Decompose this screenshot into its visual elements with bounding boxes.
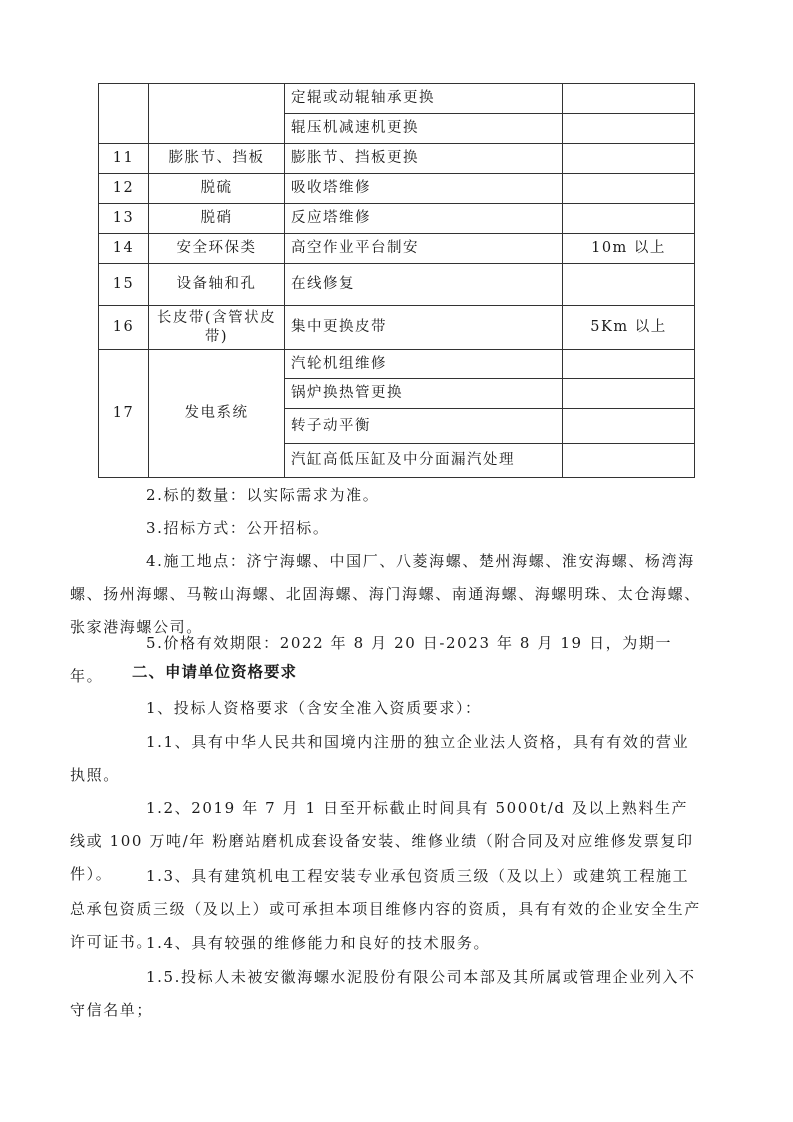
row-category: 脱硝 — [149, 204, 285, 234]
row-item: 锅炉换热管更换 — [285, 379, 563, 409]
paragraph-text: 1.4、具有较强的维修能力和良好的技术服务。 — [146, 934, 490, 952]
row-number — [99, 84, 149, 144]
row-note — [563, 84, 695, 114]
paragraph-text: 3.招标方式：公开招标。 — [146, 519, 330, 537]
row-note — [563, 444, 695, 478]
row-item: 定辊或动辊轴承更换 — [285, 84, 563, 114]
row-item: 汽缸高低压缸及中分面漏汽处理 — [285, 444, 563, 478]
table-row: 17 发电系统 汽轮机组维修 — [99, 350, 695, 379]
row-note — [563, 350, 695, 379]
row-note — [563, 174, 695, 204]
row-number: 13 — [99, 204, 149, 234]
paragraph-method: 3.招标方式：公开招标。 — [70, 512, 702, 545]
row-category: 设备轴和孔 — [149, 264, 285, 306]
table-row: 16 长皮带(含管状皮带) 集中更换皮带 5Km 以上 — [99, 306, 695, 350]
row-item: 膨胀节、挡板更换 — [285, 144, 563, 174]
row-category: 脱硫 — [149, 174, 285, 204]
row-item: 转子动平衡 — [285, 409, 563, 444]
row-number: 15 — [99, 264, 149, 306]
row-category — [149, 84, 285, 144]
row-item: 辊压机减速机更换 — [285, 114, 563, 144]
paragraph-quantity: 2.标的数量：以实际需求为准。 — [70, 479, 702, 512]
paragraph-qualification-1-1: 1.1、具有中华人民共和国境内注册的独立企业法人资格，具有有效的营业执照。 — [70, 726, 702, 792]
paragraph-text: 1.1、具有中华人民共和国境内注册的独立企业法人资格，具有有效的营业执照。 — [70, 733, 689, 784]
table-row: 15 设备轴和孔 在线修复 — [99, 264, 695, 306]
paragraph-qualification: 1、投标人资格要求（含安全准入资质要求）： — [70, 692, 702, 725]
table-row: 11 膨胀节、挡板 膨胀节、挡板更换 — [99, 144, 695, 174]
section-heading: 二、申请单位资格要求 — [132, 660, 297, 682]
row-item: 集中更换皮带 — [285, 306, 563, 350]
row-item: 反应塔维修 — [285, 204, 563, 234]
row-note — [563, 114, 695, 144]
row-item: 汽轮机组维修 — [285, 350, 563, 379]
row-note — [563, 204, 695, 234]
table-row: 13 脱硝 反应塔维修 — [99, 204, 695, 234]
row-number: 12 — [99, 174, 149, 204]
paragraph-qualification-1-5: 1.5.投标人未被安徽海螺水泥股份有限公司本部及其所属或管理企业列入不守信名单； — [70, 961, 702, 1027]
paragraph-text: 1、投标人资格要求（含安全准入资质要求）： — [146, 699, 482, 717]
row-category: 安全环保类 — [149, 234, 285, 264]
row-note — [563, 409, 695, 444]
table-row: 12 脱硫 吸收塔维修 — [99, 174, 695, 204]
row-number: 17 — [99, 350, 149, 478]
row-item: 在线修复 — [285, 264, 563, 306]
table-row: 14 安全环保类 高空作业平台制安 10m 以上 — [99, 234, 695, 264]
row-number: 16 — [99, 306, 149, 350]
row-note: 5Km 以上 — [563, 306, 695, 350]
row-number: 14 — [99, 234, 149, 264]
row-note: 10m 以上 — [563, 234, 695, 264]
table-row: 定辊或动辊轴承更换 — [99, 84, 695, 114]
paragraph-text: 2.标的数量：以实际需求为准。 — [146, 486, 379, 504]
row-item: 吸收塔维修 — [285, 174, 563, 204]
row-item: 高空作业平台制安 — [285, 234, 563, 264]
paragraph-text: 4.施工地点：济宁海螺、中国厂、八菱海螺、楚州海螺、淮安海螺、杨湾海螺、扬州海螺… — [70, 552, 701, 636]
paragraph-text: 1.5.投标人未被安徽海螺水泥股份有限公司本部及其所属或管理企业列入不守信名单； — [70, 968, 696, 1019]
row-category: 发电系统 — [149, 350, 285, 478]
row-note — [563, 144, 695, 174]
paragraph-qualification-1-4: 1.4、具有较强的维修能力和良好的技术服务。 — [70, 927, 702, 960]
maintenance-items-table: 定辊或动辊轴承更换 辊压机减速机更换 11 膨胀节、挡板 膨胀节、挡板更换 12… — [98, 83, 695, 478]
row-category: 长皮带(含管状皮带) — [149, 306, 285, 350]
row-note — [563, 379, 695, 409]
row-number: 11 — [99, 144, 149, 174]
row-note — [563, 264, 695, 306]
row-category: 膨胀节、挡板 — [149, 144, 285, 174]
